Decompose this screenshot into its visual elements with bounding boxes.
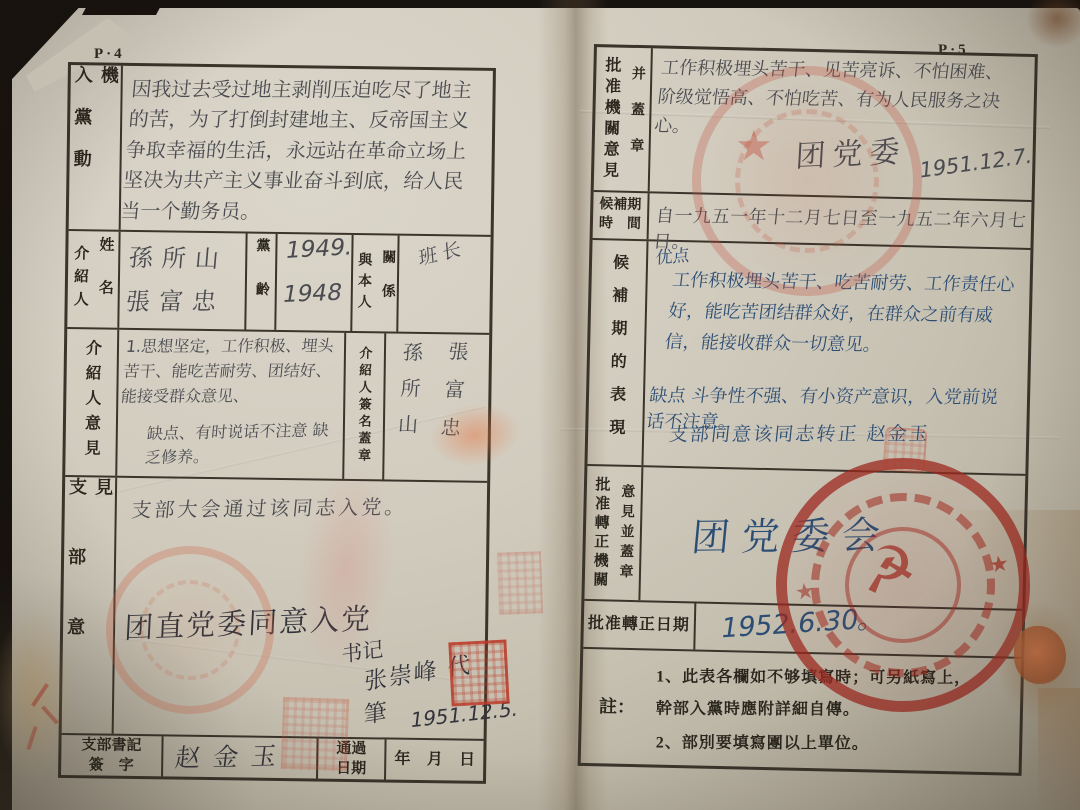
motivation-row: 入黨動機 因我过去受过地主剥削压迫吃尽了地主的苦，为了打倒封建地主、反帝国主义争…: [69, 65, 493, 235]
introducer-opinion-weakness: 缺点、有时说话不注意 缺乏修养。: [144, 418, 339, 470]
year-label: 年: [394, 749, 410, 771]
background-notch: [82, 0, 164, 15]
probation-conclusion: 支部同意该同志转正 赵金玉: [668, 419, 932, 447]
party-age-2: 1948: [280, 280, 344, 308]
approval-row: 批准機關意見 并蓋章 工作积极埋头苦干、见苦亮诉、不怕困难、阶级觉悟高、不怕吃苦…: [594, 47, 1035, 200]
full-approval-row: 批准轉正機關 意見並蓋章 团党委会: [584, 464, 1025, 609]
secretary-signature-row: 支部書記 簽 字 赵金玉 通過 日期 年 月 日: [61, 733, 484, 781]
full-approval-date-label: 批准轉正日期: [588, 613, 690, 637]
introducer-name-2: 張富忠: [124, 282, 227, 317]
notes-content: 1、此表各欄如不够填寫時；可另紙寫上，幹部入黨時應附詳細自傳。 2、部別要填寫團…: [651, 651, 1021, 773]
probation-label: 候補期的表現: [603, 253, 630, 451]
branch-opinion-row: 支部意見 支部大会通过该同志入党。 团直党委同意入党 书记 张崇峰 代筆 195…: [62, 475, 488, 739]
introducer-signatures-cell: 孫所山 張富忠: [384, 333, 489, 481]
introducer-label-sub: 姓名: [94, 236, 116, 322]
right-page-table: 批准機關意見 并蓋章 工作积极埋头苦干、见苦亮诉、不怕困难、阶级觉悟高、不怕吃苦…: [578, 44, 1038, 776]
branch-resolution: 支部大会通过该同志入党。: [130, 491, 409, 523]
note-item-2: 2、部別要填寫團以上單位。: [656, 727, 986, 761]
approval-label-cell: 批准機關意見 并蓋章: [594, 47, 653, 191]
candidate-period-label-cell: 候補期 時 間: [593, 192, 650, 239]
motivation-handwriting: 因我过去受过地主剥削压迫吃尽了地主的苦，为了打倒封建地主、反帝国主义争取幸福的生…: [119, 74, 481, 227]
motivation-content: 因我过去受过地主剥削压迫吃尽了地主的苦，为了打倒封建地主、反帝国主义争取幸福的生…: [121, 66, 493, 236]
probation-row: 候補期的表現 优点 工作积极埋头苦干、吃苦耐劳、工作责任心好，能吃苦团结群众好，…: [587, 238, 1030, 474]
party-age-label-cell: 黨齡: [246, 234, 277, 330]
ymd-cell: 年 月 日: [386, 739, 484, 780]
full-approval-label-cell: 批准轉正機關 意見並蓋章: [584, 466, 643, 600]
probation-merit-heading: 优点: [655, 241, 690, 269]
introducer-opinion-row: 介紹人意見 1.思想坚定，工作积极、埋头苦干、能吃苦耐劳、团结好、能接受群众意见…: [65, 327, 489, 482]
introducer-opinion-text: 1.思想坚定，工作积极、埋头苦干、能吃苦耐劳、团结好、能接受群众意见、: [120, 334, 336, 409]
full-approval-date-content: 1952.6.30。: [695, 603, 1022, 656]
candidate-period-label-line2: 時 間: [599, 215, 641, 235]
introducer-names-cell: 孫所山 張富忠: [119, 232, 247, 329]
party-age-1: 1949.: [283, 235, 354, 265]
secretary-name-cell: 赵金玉: [163, 736, 319, 778]
candidate-period-content: 自一九五一年十二月七日至一九五二年六月七日。: [649, 193, 1032, 248]
introducer-signature-2: 張富忠: [433, 340, 473, 455]
notes-label: 註：: [599, 694, 636, 719]
secretary-label-line2: 簽 字: [81, 755, 141, 776]
introducer-sign-label-cell: 介紹人簽名蓋章: [344, 333, 386, 480]
full-approval-date-label-cell: 批准轉正日期: [583, 601, 696, 650]
approval-content: 工作积极埋头苦干、见苦亮诉、不怕困难、阶级觉悟高、不怕吃苦、有为人民服务之决心。…: [650, 48, 1035, 200]
introducer-opinion-label-cell: 介紹人意見: [65, 329, 119, 476]
month-label: 月: [427, 749, 443, 771]
introducer-signature-1: 孫所山: [391, 341, 427, 449]
candidate-period-row: 候補期 時 間 自一九五一年十二月七日至一九五二年六月七日。: [593, 190, 1032, 248]
motivation-label-cell: 入黨動機: [69, 65, 123, 230]
introducer-sign-label: 介紹人簽名蓋章: [354, 346, 375, 465]
full-approval-label-sub: 意見並蓋章: [614, 483, 636, 583]
approval-signature: 团党委: [795, 126, 908, 175]
probation-merit-text: 工作积极埋头苦干、吃苦耐劳、工作责任心好，能吃苦团结群众好，在群众之前有威信，能…: [663, 266, 1018, 363]
committee-approval-line: 团直党委同意入党: [123, 597, 373, 648]
party-age-values-cell: 1949. 1948: [276, 234, 353, 330]
pass-date-label-line2: 日期: [336, 759, 366, 780]
relation-value-cell: 班长: [398, 236, 490, 332]
party-age-label: 黨齡: [250, 238, 271, 326]
introducer-names-row: 介紹人 姓名 孫所山 張富忠 黨齡 1949. 1948 與本人 關係 班长: [67, 230, 490, 333]
introducer-name-1: 孫所山: [128, 238, 230, 274]
secretary-name: 赵金玉: [173, 736, 291, 774]
full-approval-label-main: 批准轉正機關: [589, 476, 613, 590]
relation-label-sub: 關係: [376, 249, 397, 317]
notes-label-cell: 註：: [581, 649, 654, 765]
full-approval-date-value: 1952.6.30。: [719, 595, 889, 645]
probation-content: 优点 工作积极埋头苦干、吃苦耐劳、工作责任心好，能吃苦团结群众好，在群众之前有威…: [643, 241, 1030, 474]
probation-label-cell: 候補期的表現: [587, 240, 648, 465]
full-approval-signature: 团党委会: [689, 504, 894, 562]
page-number-left: P·4: [94, 46, 125, 63]
approval-label-main: 批准機關意見: [597, 56, 623, 182]
approval-label-sub: 并蓋章: [625, 65, 647, 173]
candidate-period-label-line1: 候補期: [599, 196, 641, 216]
introducer-label-main: 介紹人: [69, 245, 91, 314]
day-label: 日: [459, 750, 475, 772]
document-photo: P·4 P·5 入黨動機 因我过去受过地主剥削压迫吃尽了地主的苦，为了打倒封建地…: [0, 0, 1080, 810]
approval-date: 1951.12.7.: [919, 143, 1033, 183]
full-approval-content: 团党委会: [640, 467, 1025, 609]
relation-label-main: 與本人: [353, 252, 374, 315]
secretary-label-cell: 支部書記 簽 字: [61, 735, 164, 777]
pass-date-label-line1: 通過: [336, 739, 366, 760]
relation-value: 班长: [417, 233, 466, 271]
introducer-name-label-cell: 介紹人 姓名: [67, 232, 120, 328]
branch-opinion-content: 支部大会通过该同志入党。 团直党委同意入党 书记 张崇峰 代筆 1951.12.…: [114, 478, 488, 739]
motivation-label: 入黨動機: [68, 65, 122, 230]
note-item-1: 1、此表各欄如不够填寫時；可另紙寫上，幹部入黨時應附詳細自傳。: [656, 661, 986, 727]
introducer-opinion-label: 介紹人意見: [79, 340, 104, 465]
relation-label-cell: 與本人 關係: [352, 235, 399, 331]
branch-opinion-label-cell: 支部意見: [62, 477, 118, 733]
branch-opinion-label: 支部意見: [61, 477, 117, 733]
pass-date-label-cell: 通過 日期: [318, 738, 387, 779]
notes-row: 註： 1、此表各欄如不够填寫時；可另紙寫上，幹部入黨時應附詳細自傳。 2、部別要…: [581, 647, 1022, 773]
secretary-label-line1: 支部書記: [81, 735, 141, 756]
introducer-opinion-content: 1.思想坚定，工作积极、埋头苦干、能吃苦耐劳、团结好、能接受群众意见、 缺点、有…: [117, 329, 346, 479]
left-page-table: 入黨動機 因我过去受过地主剥削压迫吃尽了地主的苦，为了打倒封建地主、反帝国主义争…: [58, 62, 496, 784]
